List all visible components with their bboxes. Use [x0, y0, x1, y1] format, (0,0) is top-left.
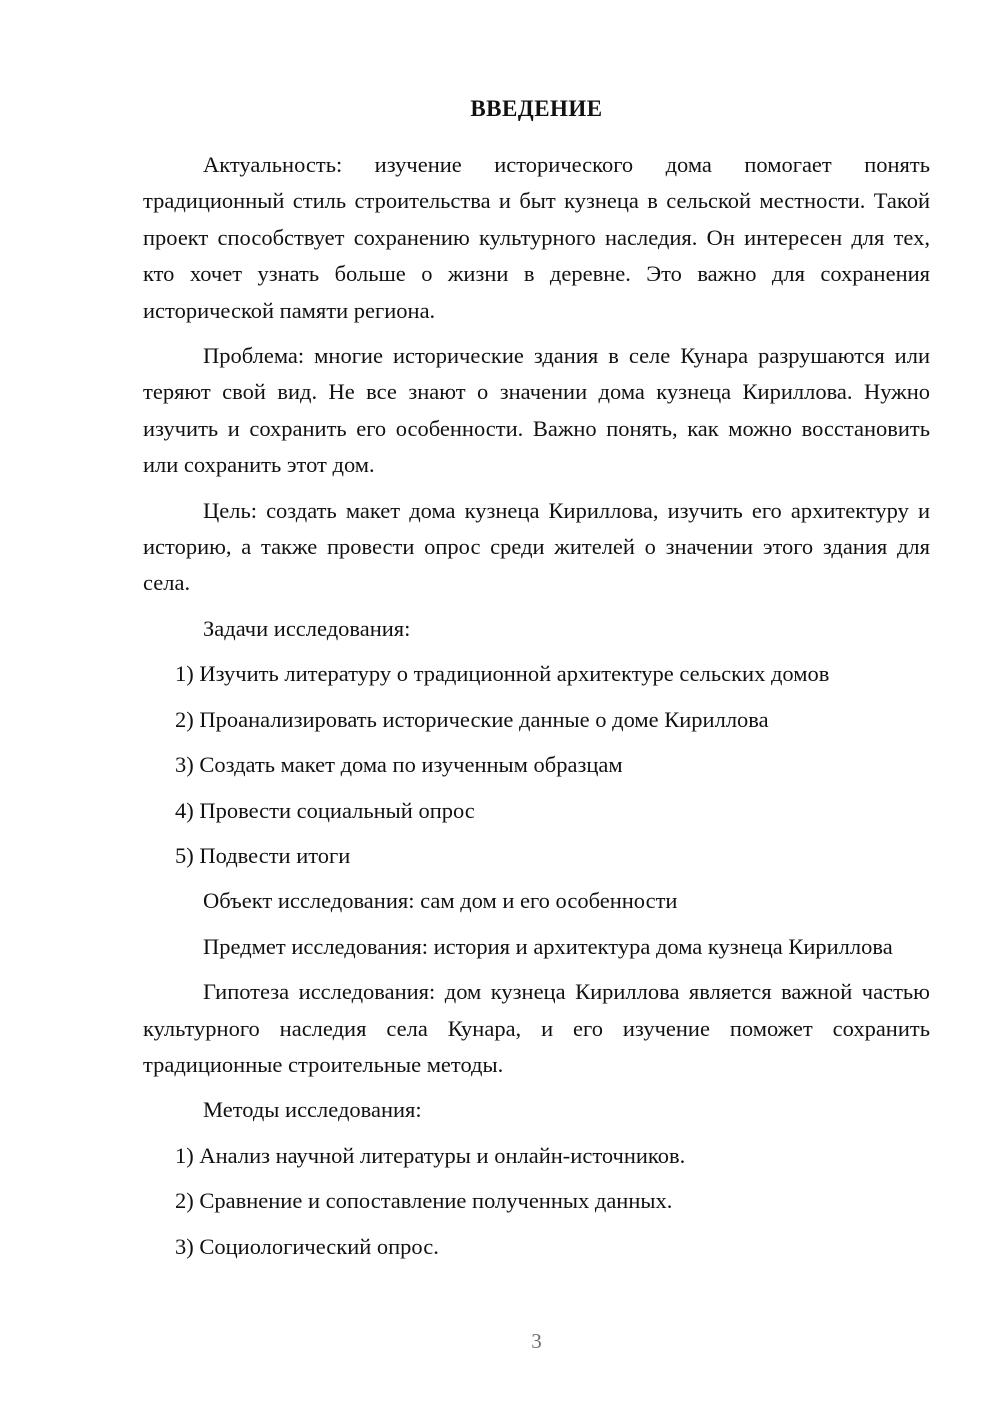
methods-heading: Методы исследования:: [143, 1092, 930, 1128]
paragraph-problem: Проблема: многие исторические здания в с…: [143, 338, 930, 484]
page-title: ВВЕДЕНИЕ: [143, 95, 930, 123]
task-item-3: 3) Создать макет дома по изученным образ…: [175, 747, 930, 783]
method-item-1: 1) Анализ научной литературы и онлайн-ис…: [175, 1138, 930, 1174]
paragraph-relevance: Актуальность: изучение исторического дом…: [143, 147, 930, 329]
task-item-5: 5) Подвести итоги: [175, 838, 930, 874]
method-item-2: 2) Сравнение и сопоставление полученных …: [175, 1183, 930, 1219]
tasks-heading: Задачи исследования:: [143, 611, 930, 647]
task-item-4: 4) Провести социальный опрос: [175, 793, 930, 829]
method-item-3: 3) Социологический опрос.: [175, 1229, 930, 1265]
paragraph-object: Объект исследования: сам дом и его особе…: [143, 883, 930, 919]
paragraph-goal: Цель: создать макет дома кузнеца Кирилло…: [143, 493, 930, 602]
document-page: ВВЕДЕНИЕ Актуальность: изучение историче…: [0, 0, 1000, 1414]
paragraph-hypothesis: Гипотеза исследования: дом кузнеца Кирил…: [143, 974, 930, 1083]
task-item-1: 1) Изучить литературу о традиционной арх…: [175, 656, 930, 692]
task-item-2: 2) Проанализировать исторические данные …: [175, 702, 930, 738]
paragraph-subject: Предмет исследования: история и архитект…: [143, 929, 930, 965]
text-block: ВВЕДЕНИЕ Актуальность: изучение историче…: [143, 95, 930, 1274]
page-number: 3: [143, 1328, 930, 1354]
